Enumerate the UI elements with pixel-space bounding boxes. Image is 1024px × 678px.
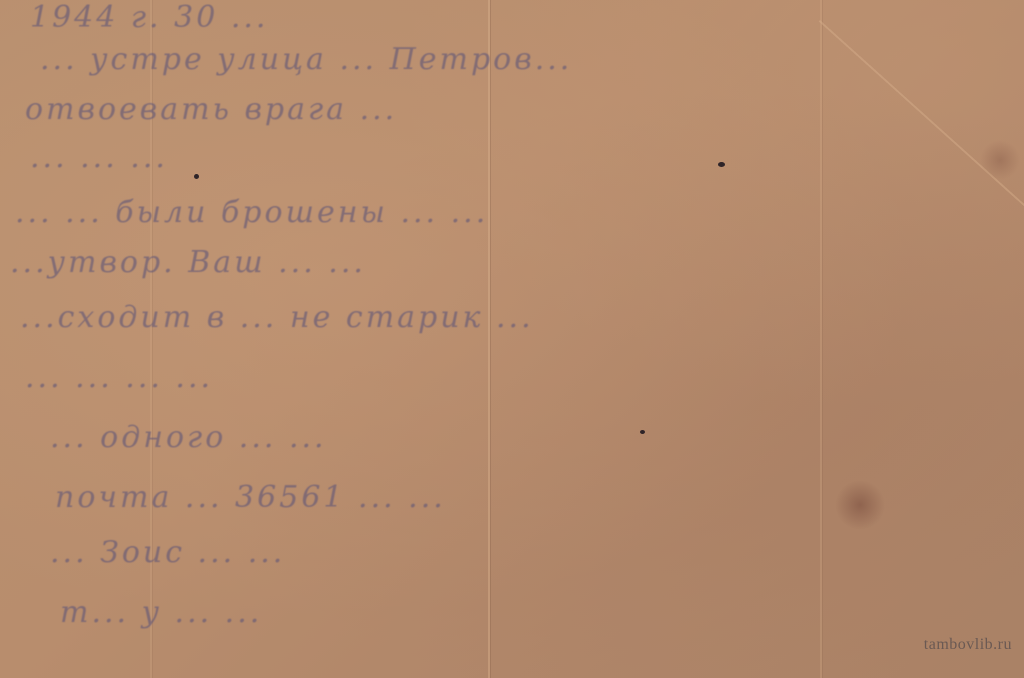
ink-speck: [640, 430, 645, 434]
watermark: tambovlib.ru: [924, 636, 1012, 654]
handwriting-line: ... ... были брошены ... ...: [15, 195, 488, 230]
ink-speck: [194, 174, 199, 179]
fold-crease: [488, 0, 490, 678]
handwriting-line: почта ... 36561 ... ...: [55, 480, 446, 515]
handwriting-line: ... ... ...: [30, 140, 168, 175]
handwriting-line: ... Зоис ... ...: [50, 535, 285, 570]
handwriting-line: ... одного ... ...: [50, 420, 327, 455]
letter-photo: 1944 г. 30 ... ... устре улица ... Петро…: [0, 0, 1024, 678]
handwriting-line: отвоевать врага ...: [25, 92, 397, 127]
stain: [980, 140, 1020, 180]
ink-speck: [718, 162, 725, 167]
handwriting-line: т... у ... ...: [60, 595, 262, 630]
handwriting-line: 1944 г. 30 ...: [30, 0, 268, 35]
handwriting-line: ... ... ... ...: [25, 360, 213, 395]
handwriting-line: ...сходит в ... не старик ...: [20, 300, 534, 335]
fold-crease: [820, 0, 822, 678]
handwriting-line: ...утвор. Ваш ... ...: [10, 245, 366, 280]
stain: [835, 480, 885, 530]
fold-crease: [819, 20, 1024, 222]
handwriting-line: ... устре улица ... Петров...: [40, 42, 572, 77]
